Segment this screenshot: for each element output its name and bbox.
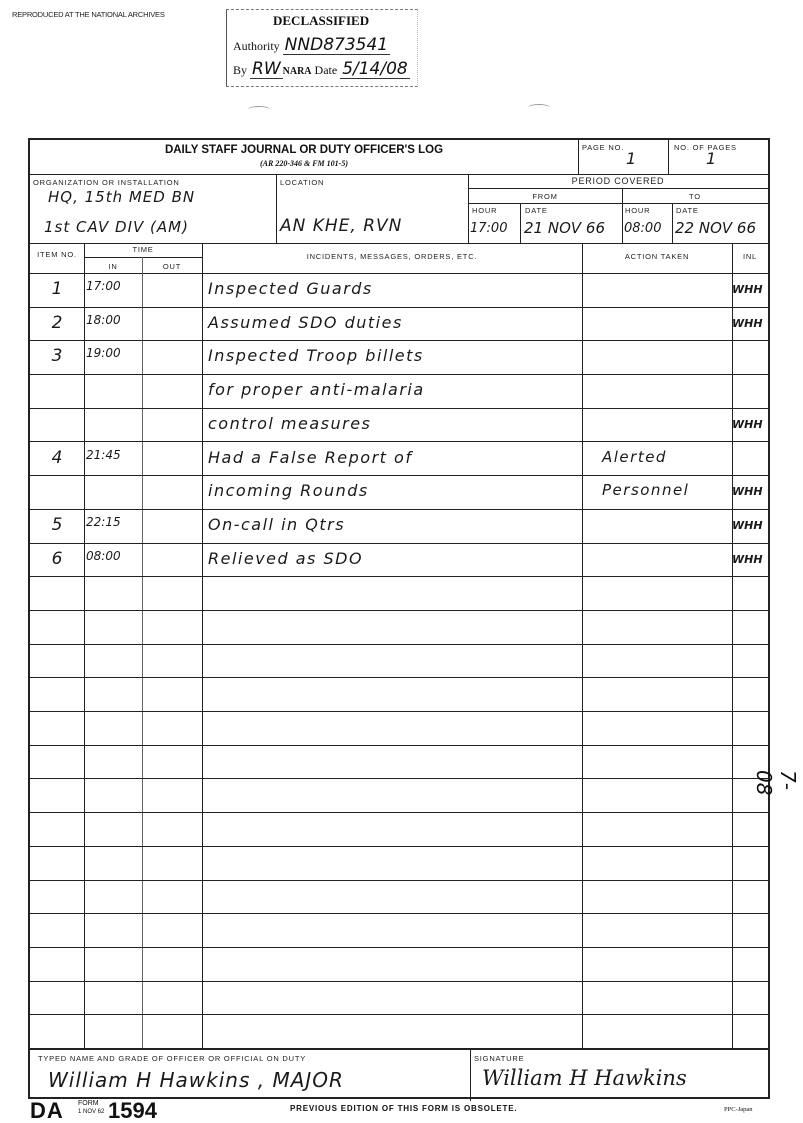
location-value[interactable]: AN KHE, RVN	[280, 216, 402, 236]
stamp-date-value: 5/14/08	[340, 60, 410, 79]
action-taken-cell[interactable]: Alerted	[602, 448, 732, 466]
initials-cell[interactable]: WHH	[732, 553, 768, 566]
table-row	[30, 812, 768, 846]
item-number-cell[interactable]: 3	[30, 346, 84, 366]
duty-log-form: DAILY STAFF JOURNAL OR DUTY OFFICER'S LO…	[28, 138, 770, 1099]
table-row	[30, 610, 768, 644]
incident-cell[interactable]: Relieved as SDO	[208, 549, 580, 568]
table-row	[30, 677, 768, 711]
table-row	[30, 981, 768, 1015]
inl-header: INL	[732, 252, 768, 261]
from-hour-value[interactable]: 17:00	[470, 221, 507, 236]
incident-cell[interactable]: On-call in Qtrs	[208, 515, 580, 534]
divider	[520, 203, 521, 243]
margin-annotation: 7-08	[752, 770, 800, 795]
incident-cell[interactable]: Had a False Report of	[208, 448, 580, 467]
incidents-header: INCIDENTS, MESSAGES, ORDERS, ETC.	[202, 252, 582, 261]
item-number-cell[interactable]: 5	[30, 515, 84, 535]
from-date-value[interactable]: 21 NOV 66	[524, 219, 605, 237]
incident-cell[interactable]: control measures	[208, 414, 580, 433]
action-taken-cell[interactable]: Personnel	[602, 481, 732, 499]
in-header: IN	[84, 262, 142, 271]
item-number-cell[interactable]: 2	[30, 313, 84, 333]
from-label: FROM	[468, 192, 622, 201]
from-date-label: DATE	[525, 206, 548, 215]
declassified-stamp: DECLASSIFIED Authority NND873541 By RWNA…	[226, 9, 418, 87]
table-row: 522:15On-call in QtrsWHH	[30, 509, 768, 543]
table-row	[30, 745, 768, 779]
to-label: TO	[622, 192, 768, 201]
incident-cell[interactable]: Inspected Guards	[208, 279, 580, 298]
table-row	[30, 846, 768, 880]
incident-cell[interactable]: Assumed SDO duties	[208, 313, 580, 332]
table-row: 117:00Inspected GuardsWHH	[30, 273, 768, 307]
table-row: 218:00Assumed SDO dutiesWHH	[30, 307, 768, 341]
stamp-authority-label: Authority	[233, 39, 280, 53]
divider	[468, 203, 768, 204]
officer-name-label: TYPED NAME AND GRADE OF OFFICER OR OFFIC…	[38, 1054, 306, 1063]
table-row	[30, 644, 768, 678]
table-row: 421:45Had a False Report ofAlerted	[30, 442, 768, 476]
table-row	[30, 779, 768, 813]
form-number: 1594	[108, 1098, 157, 1123]
action-header: ACTION TAKEN	[582, 252, 732, 261]
divider	[468, 188, 768, 189]
signature-label: SIGNATURE	[474, 1054, 524, 1063]
stamp-by-row: By RWNARA Date 5/14/08	[233, 60, 410, 79]
table-row	[30, 711, 768, 745]
table-row	[30, 880, 768, 914]
table-row: for proper anti-malaria	[30, 374, 768, 408]
printer-mark: PPC-Japan	[724, 1106, 753, 1113]
time-in-cell[interactable]: 18:00	[86, 313, 142, 327]
divider	[276, 174, 277, 243]
location-label: LOCATION	[280, 178, 324, 187]
obsolete-note: PREVIOUS EDITION OF THIS FORM IS OBSOLET…	[290, 1104, 517, 1113]
stamp-authority-value: NND873541	[283, 36, 390, 55]
time-in-cell[interactable]: 22:15	[86, 515, 142, 529]
time-header: TIME	[84, 245, 202, 254]
time-in-cell[interactable]: 19:00	[86, 346, 142, 360]
archive-note: REPRODUCED AT THE NATIONAL ARCHIVES	[12, 10, 165, 19]
stamp-date-label: Date	[315, 63, 338, 77]
item-no-header: ITEM NO.	[30, 250, 84, 260]
form-title: DAILY STAFF JOURNAL OR DUTY OFFICER'S LO…	[30, 144, 578, 156]
out-header: OUT	[142, 262, 202, 271]
table-row: 608:00Relieved as SDOWHH	[30, 543, 768, 577]
initials-cell[interactable]: WHH	[732, 485, 768, 498]
table-row	[30, 1014, 768, 1048]
divider	[668, 140, 669, 174]
to-date-value[interactable]: 22 NOV 66	[675, 219, 756, 237]
table-row: 319:00Inspected Troop billets	[30, 340, 768, 374]
table-row	[30, 947, 768, 981]
time-in-cell[interactable]: 08:00	[86, 549, 142, 563]
table-row: control measuresWHH	[30, 408, 768, 442]
organization-label: ORGANIZATION OR INSTALLATION	[33, 178, 180, 187]
organization-line2[interactable]: 1st CAV DIV (AM)	[44, 218, 189, 236]
form-subtitle: (AR 220-346 & FM 101-5)	[30, 159, 578, 168]
signature-value[interactable]: William H Hawkins	[482, 1066, 687, 1090]
stamp-title: DECLASSIFIED	[273, 13, 369, 29]
divider	[470, 1048, 471, 1101]
officer-name-value[interactable]: William H Hawkins , MAJOR	[48, 1068, 344, 1092]
stamp-nara-label: NARA	[283, 66, 312, 77]
page-no-label: PAGE NO.	[582, 143, 624, 152]
scan-mark	[248, 106, 270, 113]
stamp-by-label: By	[233, 63, 247, 77]
form-label: FORM	[78, 1100, 104, 1108]
form-series: DA	[30, 1098, 64, 1123]
divider	[30, 1048, 768, 1050]
time-in-cell[interactable]: 17:00	[86, 279, 142, 293]
page-no-value[interactable]: 1	[626, 149, 637, 168]
initials-cell[interactable]: WHH	[732, 519, 768, 532]
divider	[30, 174, 768, 175]
incident-cell[interactable]: incoming Rounds	[208, 481, 580, 500]
table-row: incoming RoundsPersonnelWHH	[30, 475, 768, 509]
divider	[30, 243, 768, 244]
incident-cell[interactable]: for proper anti-malaria	[208, 380, 580, 399]
to-date-label: DATE	[676, 206, 699, 215]
to-hour-value[interactable]: 08:00	[624, 221, 661, 236]
item-number-cell[interactable]: 1	[30, 279, 84, 299]
form-date: 1 NOV 62	[78, 1108, 104, 1116]
initials-cell[interactable]: WHH	[732, 283, 768, 296]
divider	[578, 140, 579, 174]
item-number-cell[interactable]: 4	[30, 448, 84, 468]
from-hour-label: HOUR	[472, 206, 497, 215]
time-in-cell[interactable]: 21:45	[86, 448, 142, 462]
form-label-block: FORM 1 NOV 62	[78, 1100, 104, 1116]
table-row	[30, 576, 768, 610]
scan-mark	[528, 104, 550, 111]
period-covered-label: PERIOD COVERED	[468, 176, 768, 186]
divider	[622, 188, 623, 243]
divider	[672, 203, 673, 243]
stamp-by-value: RW	[250, 60, 283, 79]
initials-cell[interactable]: WHH	[732, 418, 768, 431]
incident-cell[interactable]: Inspected Troop billets	[208, 346, 580, 365]
stamp-authority-row: Authority NND873541	[233, 36, 390, 55]
divider	[84, 257, 202, 258]
item-number-cell[interactable]: 6	[30, 549, 84, 569]
num-pages-value[interactable]: 1	[706, 149, 717, 168]
initials-cell[interactable]: WHH	[732, 317, 768, 330]
to-hour-label: HOUR	[625, 206, 650, 215]
organization-line1[interactable]: HQ, 15th MED BN	[48, 188, 195, 206]
table-row	[30, 913, 768, 947]
